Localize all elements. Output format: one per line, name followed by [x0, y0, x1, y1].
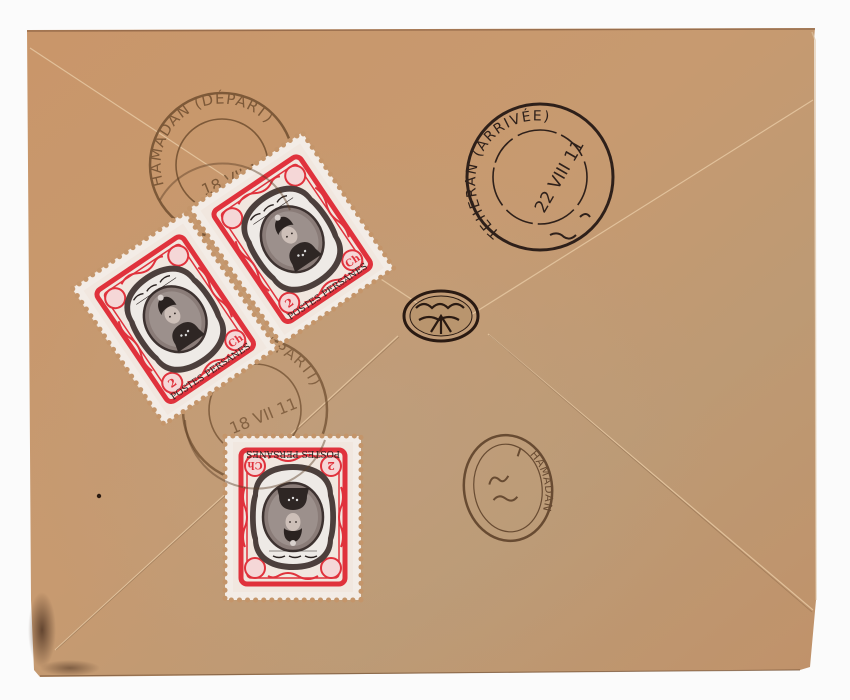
center-seal: [404, 291, 478, 341]
stamp-unit: Ch: [247, 459, 263, 470]
envelope-scene: HAMADAN (DÉPART) 18 VII 11 (DÉPARTI) 18 …: [0, 0, 850, 700]
stamp-3: POSTES PERSANES Ch 2: [225, 436, 361, 600]
stamp-caption: POSTES PERSANES: [246, 448, 340, 458]
stamp-value: 2: [327, 459, 335, 472]
